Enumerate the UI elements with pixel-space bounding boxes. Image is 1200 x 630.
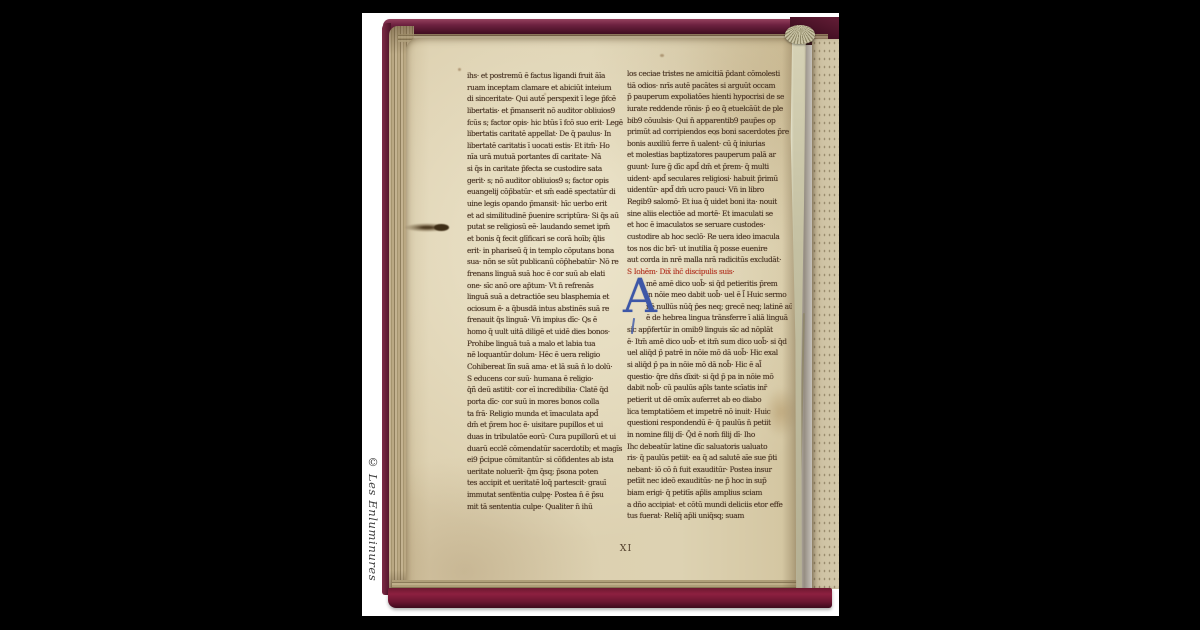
manuscript-text-line: uel aliq̄d p̄ patrē in nōie mō dā uob̄· … xyxy=(627,347,792,359)
manuscript-text-line: duarū ecclē cōmendatūr sacerdotib; et ma… xyxy=(467,443,626,455)
folio-number: XI xyxy=(608,543,644,554)
manuscript-text-line: libertatis· et p̄manserit nō auditor obl… xyxy=(467,105,626,117)
manuscript-text-line: fcūs s; factor opis· hic btūs ī fcō suo … xyxy=(467,117,626,129)
manuscript-text-line: guunt· Iure ḡ dīc apd̄ dm̄ et p̄rem· q̄ … xyxy=(627,161,792,173)
manuscript-text-line: tiā odios· nrīs autē pacātes si arguūt o… xyxy=(627,80,792,92)
manuscript-text-line: biam erigi· q̄ petitīs ap̄lis amplius sc… xyxy=(627,487,792,499)
manuscript-text-line: sic app̄fertūr in omib9 linguis sīc ad n… xyxy=(627,324,792,336)
manuscript-text-line: nē loquantūr dolum· Hēc ē uera religio xyxy=(467,349,626,361)
manuscript-text-line: bib9 cōuulsis· Qui n̄ apparentib9 paup̄e… xyxy=(627,115,792,127)
text-column-left: ihs· et postremū ē factus ligandi fruit … xyxy=(467,70,626,512)
cover-bottom-edge xyxy=(388,588,832,608)
manuscript-text-line: uidentūr· apd̄ dm̄ ucro pauci· Vn̄ in li… xyxy=(627,184,792,196)
manuscript-text-line: petīit nec ideō exauditūs· ne p̄ hoc in … xyxy=(627,475,792,487)
manuscript-text-line: libertatis caritatē appellat· De q̄ paul… xyxy=(467,128,626,140)
manuscript-text-line: erit· in phariseū q̄ in templo cōputans … xyxy=(467,245,626,257)
manuscript-text-line: sua· nōn se sūt publicanū cōp̄hebatūr· N… xyxy=(467,256,626,268)
foxing-spot xyxy=(714,133,717,135)
manuscript-text-line: p̄ pauperum expoliatōes hienti hypocrisi… xyxy=(627,91,792,103)
manuscript-text-line: et bonis q̄ fecit glīficari se corā hoīb… xyxy=(467,233,626,245)
manuscript-text-line: one· sīc anō ore ap̄tum· Vt n̄ refrenās xyxy=(467,280,626,292)
manuscript-text-line: Prohibe linguā tuā a malo et labia tua xyxy=(467,338,626,350)
manuscript-text-line: q̄ñ deū astitit· cor eī incredibilia· Cl… xyxy=(467,384,626,396)
manuscript-text-line: nīa urā mutuā portantes dī caritate· Nā xyxy=(467,151,626,163)
manuscript-text-line: frenauit q̄s linguā· Vn̄ impius dīc· Qs … xyxy=(467,314,626,326)
manuscript-text-line: ihs· et postremū ē factus ligandi fruit … xyxy=(467,70,626,82)
manuscript-text-line: immutat sententia culpę· Postea n̄ ē p̄s… xyxy=(467,489,626,501)
manuscript-text-line: duas in tribulatōe eorū· Cura pupillorū … xyxy=(467,431,626,443)
foxing-spot xyxy=(512,491,515,494)
manuscript-text-line: libertatē caritatis ī uocati estis· Et i… xyxy=(467,140,626,152)
manuscript-text-line: los ceciae tristes ne amicitiā p̄dant cō… xyxy=(627,68,792,80)
manuscript-text-line: aut corda in nrē malla nrā radicitūs exc… xyxy=(627,254,792,266)
manuscript-text-line: custodire ab hoc seclō· Re uera ideo ima… xyxy=(627,231,792,243)
manuscript-text-line: si aliq̄d p̄ pa in nōie mō dā nob̄· Hic … xyxy=(627,359,792,371)
manuscript-text-line: primūt ad corripiendos eos boni sacerdot… xyxy=(627,126,792,138)
manuscript-text-line: uine legis opando p̄mansit· hīc uerbo er… xyxy=(467,198,626,210)
manuscript-text-line: Cohibereat līn suā ama· et lā suā n̄ lo … xyxy=(467,361,626,373)
manuscript-text-line: ris· q̄ paulūs petiit· ea q̄ ad salutē a… xyxy=(627,452,792,464)
manuscript-text-line: tos nos dic brī· ut inutilia q̄ posse eu… xyxy=(627,243,792,255)
bookmark-tassel xyxy=(785,25,815,44)
manuscript-text-line: dm̄ et p̄rem hoc ē· uisitare pupillos et… xyxy=(467,419,626,431)
manuscript-text-line: et molestias baptizatores pauperum palā … xyxy=(627,149,792,161)
manuscript-text-line: tus fuerat· Reliq̄ ap̄li uniq̄sq; suam xyxy=(627,510,792,522)
manuscript-text-line: mit tā sententia culpe· Qualiter n̄ ihū xyxy=(467,501,626,513)
manuscript-text-line: nebant· iō cō n̄ fuit exauditūr· Postea … xyxy=(627,464,792,476)
foxing-spot xyxy=(660,54,664,57)
manuscript-text-line: bonis auxiliū ferre n̄ ualent· cū q̄ ini… xyxy=(627,138,792,150)
manuscript-text-line: ociosum ē· a q̄busdā intus abstinēs suā … xyxy=(467,303,626,315)
manuscript-text-line: ueritate noluerīt· q̄m q̄sq; p̄sona pote… xyxy=(467,466,626,478)
manuscript-text-line: questio· q̄re dn̄s dīxit· si q̄d p̄ pa i… xyxy=(627,371,792,383)
manuscript-text-line: ē· Itm̄ amē dico uob̄· et itm̄ sum dico … xyxy=(627,336,792,348)
manuscript-text-line: frenans linguā suā hoc ē cor suū ab elat… xyxy=(467,268,626,280)
manuscript-text-line: ta frā· Religio munda et īmaculata apd̄ xyxy=(467,408,626,420)
manuscript-text-line: Regib9 salomō· Et iua q̄ uidet boni ita·… xyxy=(627,196,792,208)
manuscript-text-line: di sinceritate· Qui autē perspexit ī leg… xyxy=(467,93,626,105)
manuscript-text-line: ei9 p̄cipue cōmitantūr· si cōfidentes ab… xyxy=(467,454,626,466)
photo-stage: © Les Enluminures ihs· et postremū ē fac… xyxy=(0,0,1200,630)
manuscript-text-line: homo q̄ uult uitā diligē et uidē dies bo… xyxy=(467,326,626,338)
illuminated-initial: A xyxy=(623,273,645,320)
manuscript-text-line: ruam inceptam clamare et abiciūt inteium xyxy=(467,82,626,94)
manuscript-text-line: et ad similitudinē p̄uenire scriptūra· S… xyxy=(467,210,626,222)
manuscript-text-line: putat se religiosū eē· laudando semet ip… xyxy=(467,221,626,233)
ink-stain-core xyxy=(434,224,449,231)
book: ihs· et postremū ē factus ligandi fruit … xyxy=(362,13,839,616)
manuscript-text-line: S educens cor suū· humana ē religio· xyxy=(467,373,626,385)
manuscript-text-line: gerit· s; nō auditor obliuios9 s; factor… xyxy=(467,175,626,187)
manuscript-text-line: Ihc debeatūr latine dīc saluatoris ualua… xyxy=(627,441,792,453)
manuscript-text-line: porta dīc· cor suū in mores bonos colla xyxy=(467,396,626,408)
manuscript-text-line: tes accipit et ueritatē loq̄ partescit· … xyxy=(467,477,626,489)
manuscript-text-line: uident· apd̄ seculares religiosi· habuit… xyxy=(627,173,792,185)
manuscript-text-line: sine aliis electiōe ad mortē· Et imacula… xyxy=(627,208,792,220)
manuscript-text-line: linguā suā a detractiōe seu blasphemia e… xyxy=(467,291,626,303)
manuscript-text-line: a dn̄o accipiat· et cōtū mundi deliciis … xyxy=(627,499,792,511)
manuscript-photo: © Les Enluminures ihs· et postremū ē fac… xyxy=(362,13,839,616)
manuscript-text-line: euangelij cōp̄batūr· et sm̄ eadē spectat… xyxy=(467,186,626,198)
facing-page-edge xyxy=(812,39,839,589)
foxing-spot xyxy=(458,68,461,71)
manuscript-text-line: iurate reddende rōnis· p̄ eo q̄ etuelcāū… xyxy=(627,103,792,115)
manuscript-text-line: si q̄s in caritate p̄fecta se custodire … xyxy=(467,163,626,175)
foxing-spot xyxy=(544,93,546,95)
manuscript-text-line: et hoc ē imaculatos se seruare custodes· xyxy=(627,219,792,231)
